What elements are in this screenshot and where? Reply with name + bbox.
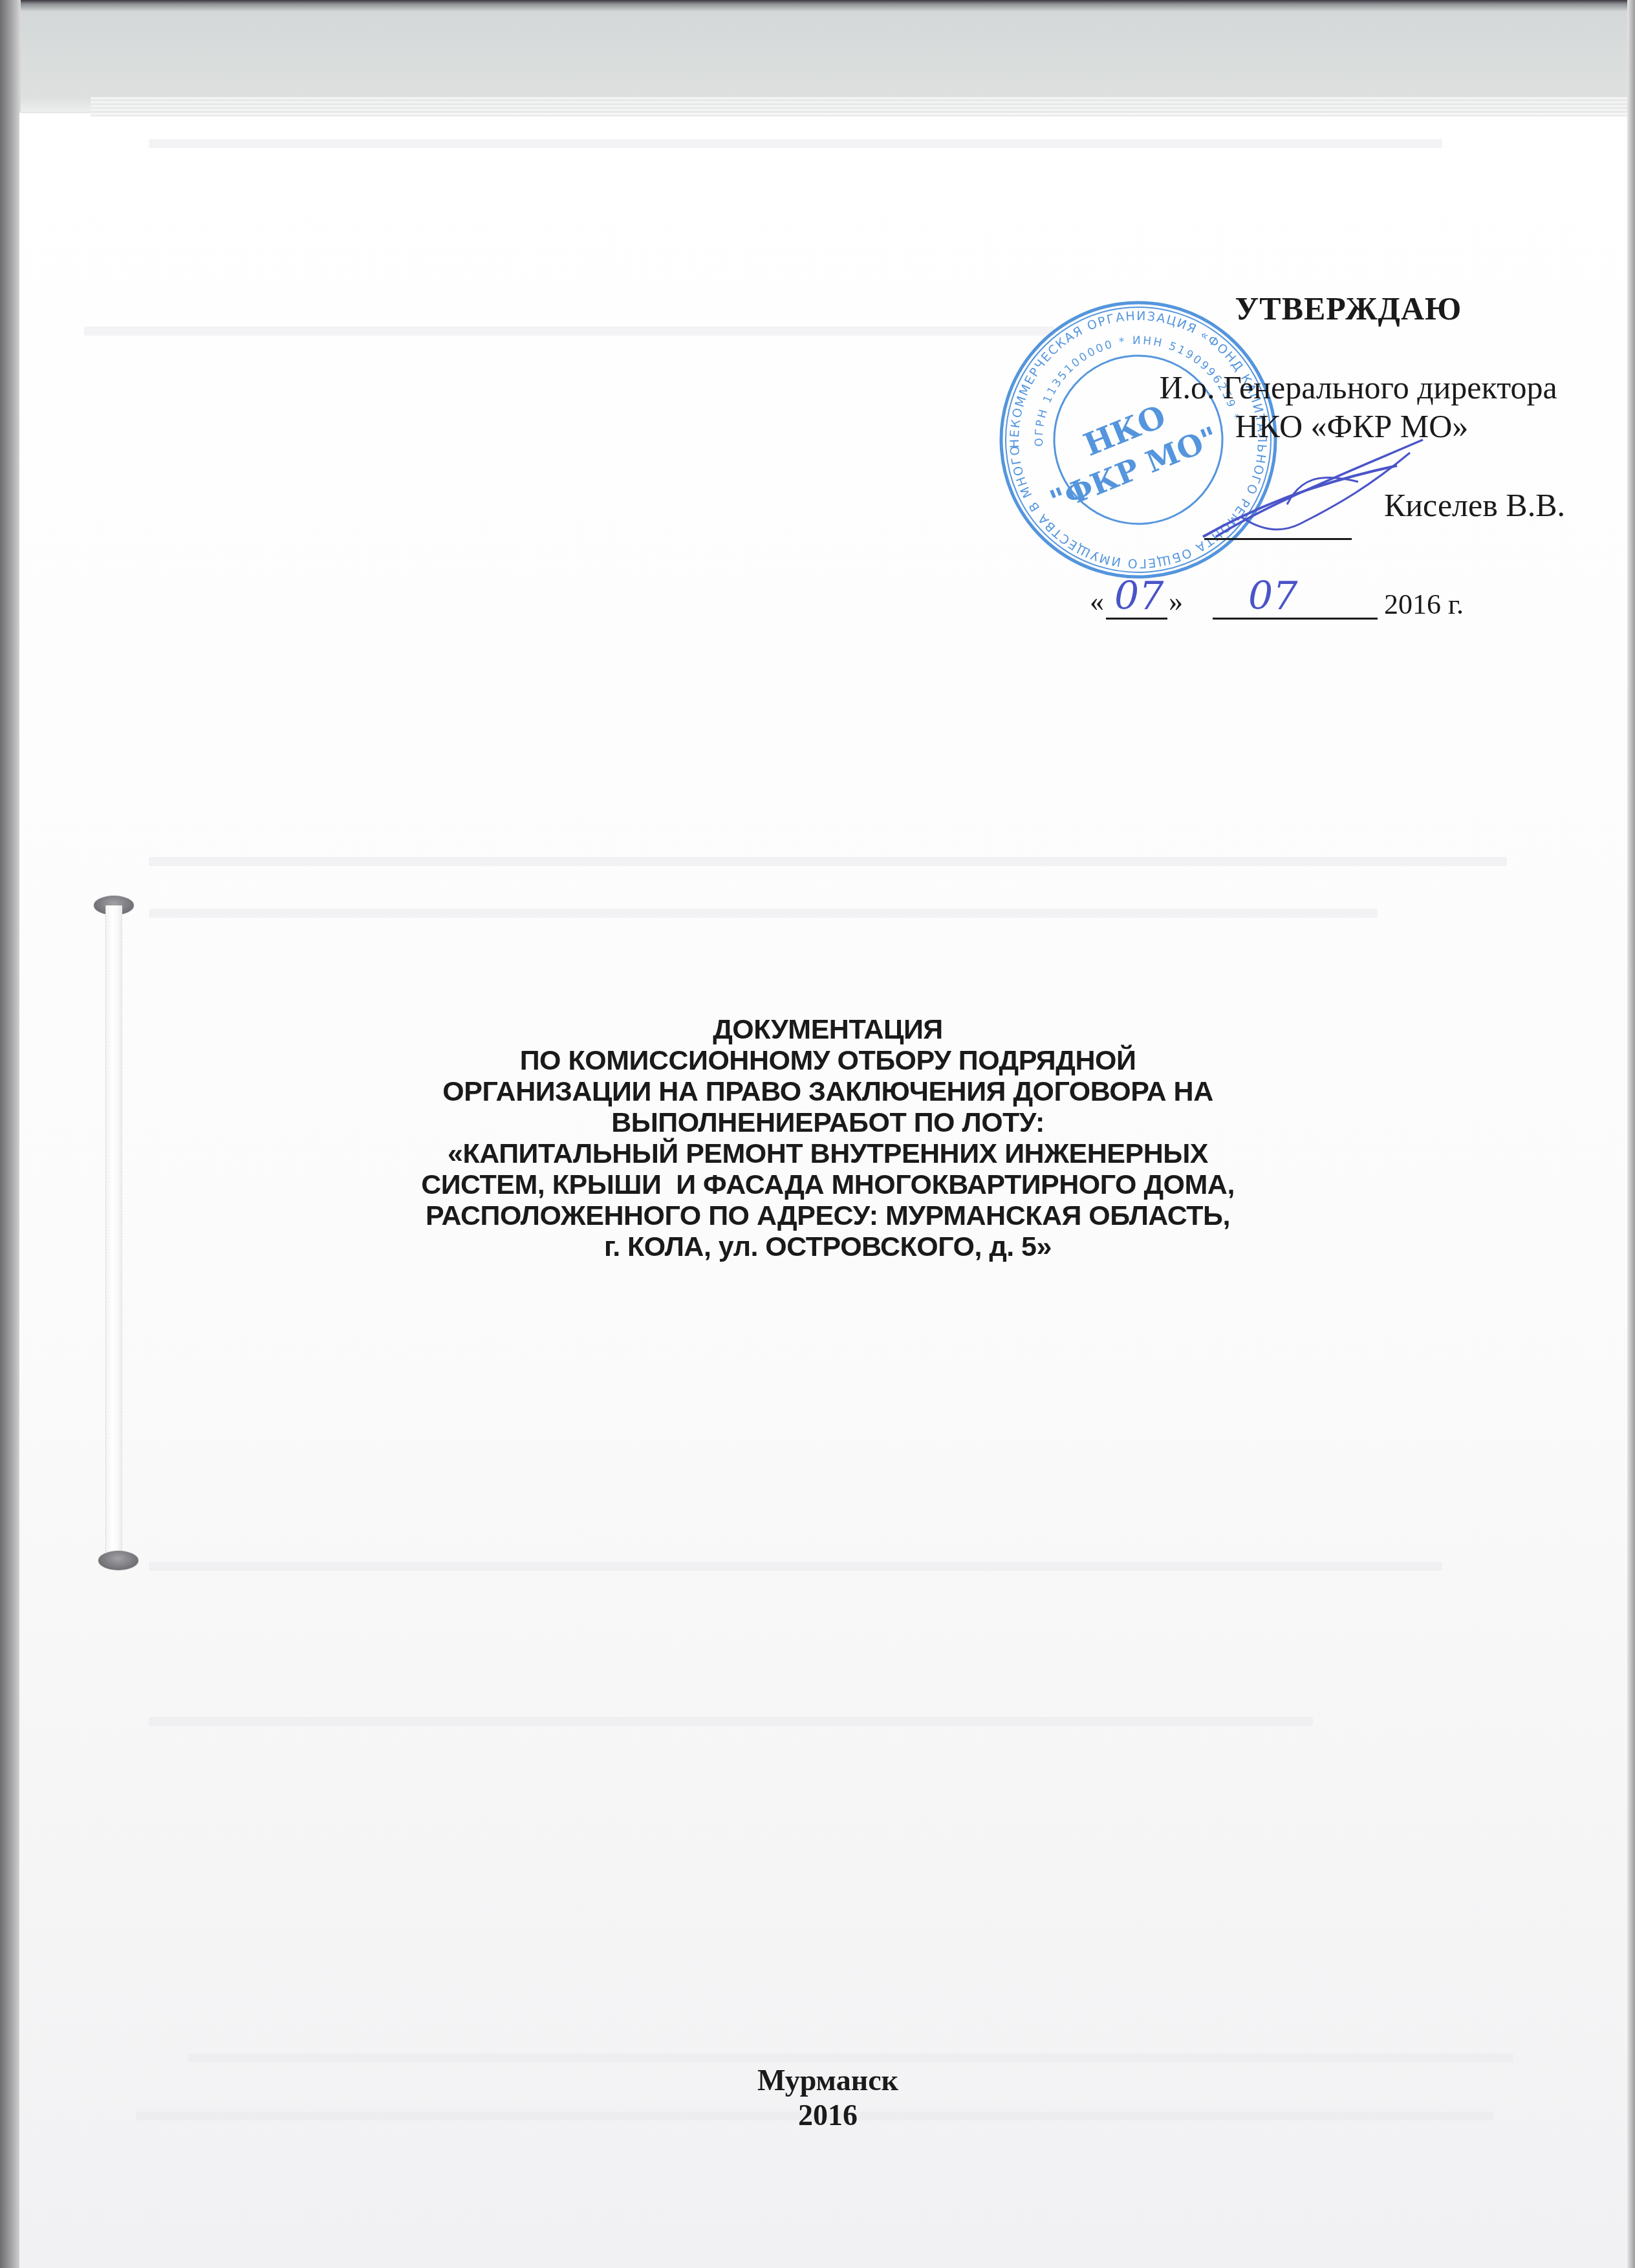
bleed-through-line [149, 1717, 1313, 1726]
bleed-through-line [149, 909, 1378, 918]
date-open-quote: « [1090, 585, 1104, 618]
title-line: ОРГАНИЗАЦИИ НА ПРАВО ЗАКЛЮЧЕНИЯ ДОГОВОРА… [246, 1076, 1410, 1107]
scanner-right-margin [1627, 0, 1635, 2268]
title-line: ПО КОМИССИОННОМУ ОТБОРУ ПОДРЯДНОЙ [246, 1045, 1410, 1076]
approval-heading: УТВЕРЖДАЮ [1216, 290, 1481, 327]
approval-date: « 07 » 07 2016 г. [1090, 585, 1504, 624]
bleed-through-line [188, 2053, 1513, 2062]
handwritten-signature [1190, 427, 1436, 556]
date-month-handwritten: 07 [1248, 574, 1297, 619]
binding-hole-bottom [98, 1551, 138, 1570]
document-footer: Мурманск 2016 [698, 2063, 957, 2133]
footer-year: 2016 [698, 2098, 957, 2133]
bleed-through-line [149, 139, 1442, 148]
bleed-through-line [149, 857, 1507, 866]
title-line: СИСТЕМ, КРЫШИ И ФАСАДА МНОГОКВАРТИРНОГО … [246, 1169, 1410, 1200]
date-day-handwritten: 07 [1114, 574, 1164, 619]
title-line: ДОКУМЕНТАЦИЯ [246, 1014, 1410, 1045]
title-line: «КАПИТАЛЬНЫЙ РЕМОНТ ВНУТРЕННИХ ИНЖЕНЕРНЫ… [246, 1138, 1410, 1169]
binding-thread [105, 905, 122, 1559]
date-year: 2016 г. [1384, 588, 1464, 621]
footer-city: Мурманск [698, 2063, 957, 2098]
title-line: РАСПОЛОЖЕННОГО ПО АДРЕСУ: МУРМАНСКАЯ ОБЛ… [246, 1200, 1410, 1231]
title-line: ВЫПОЛНЕНИЕРАБОТ ПО ЛОТУ: [246, 1107, 1410, 1138]
bleed-through-line [149, 1562, 1442, 1571]
title-line: г. КОЛА, ул. ОСТРОВСКОГО, д. 5» [246, 1231, 1410, 1262]
scanner-left-margin [0, 0, 21, 2268]
bleed-through-line [84, 327, 1054, 336]
date-close-quote: » [1169, 585, 1183, 618]
document-title: ДОКУМЕНТАЦИЯ ПО КОМИССИОННОМУ ОТБОРУ ПОД… [246, 1014, 1410, 1262]
stacked-page-edges [91, 97, 1630, 116]
approver-role: И.о. Генерального директора [1112, 369, 1604, 406]
